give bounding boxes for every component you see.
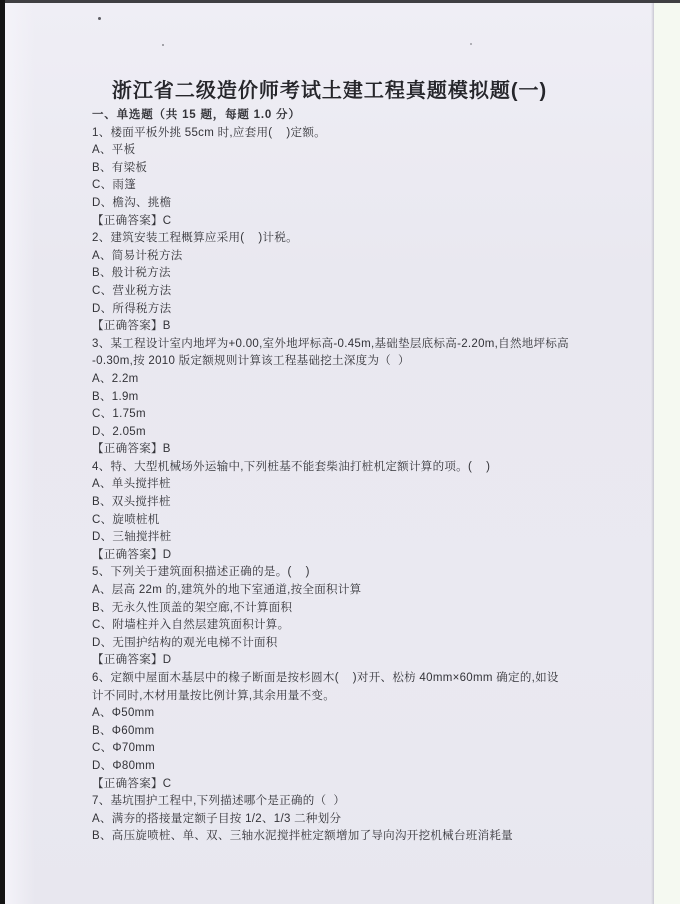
question-text: 6、定额中屋面木基层中的椽子断面是按杉圆木( )对开、松枋 40mm×60mm … — [92, 670, 632, 688]
question-text: 3、某工程设计室内地坪为+0.00,室外地坪标高-0.45m,基础垫层底标高-2… — [92, 336, 632, 354]
option-b: B、1.9m — [92, 389, 632, 407]
option-d: D、所得税方法 — [92, 301, 632, 319]
question-block-5: 5、下列关于建筑面积描述正确的是。( ) A、层高 22m 的,建筑外的地下室通… — [92, 564, 632, 670]
exam-paper-sheet: 浙江省二级造价师考试土建工程真题模拟题(一) 一、单选题（共 15 题，每题 1… — [5, 3, 654, 904]
answer-line: 【正确答案】D — [92, 547, 632, 565]
scan-top-border — [0, 0, 680, 3]
answer-line: 【正确答案】C — [92, 776, 632, 794]
option-d: D、无围护结构的观光电梯不计面积 — [92, 635, 632, 653]
question-block-6: 6、定额中屋面木基层中的椽子断面是按杉圆木( )对开、松枋 40mm×60mm … — [92, 670, 632, 793]
scanned-document-page: { "page": { "title": "浙江省二级造价师考试土建工程真题模拟… — [0, 0, 680, 904]
option-c: C、营业税方法 — [92, 283, 632, 301]
question-block-2: 2、建筑安装工程概算应采用( )计税。 A、简易计税方法 B、般计税方法 C、营… — [92, 230, 632, 336]
question-text-continued: -0.30m,按 2010 版定额规则计算该工程基础挖土深度为（ ） — [92, 353, 632, 371]
option-b: B、高压旋喷桩、单、双、三轴水泥搅拌桩定额增加了导向沟开挖机械台班消耗量 — [92, 828, 632, 846]
question-text: 7、基坑围护工程中,下列描述哪个是正确的（ ） — [92, 793, 632, 811]
option-a: A、单头搅拌桩 — [92, 476, 632, 494]
option-c: C、附墙柱并入自然层建筑面积计算。 — [92, 617, 632, 635]
question-text-continued: 计不同时,木材用量按比例计算,其余用量不变。 — [92, 688, 632, 706]
option-b: B、有梁板 — [92, 160, 632, 178]
answer-line: 【正确答案】B — [92, 318, 632, 336]
option-c: C、Φ70mm — [92, 740, 632, 758]
page-title: 浙江省二级造价师考试土建工程真题模拟题(一) — [5, 74, 654, 103]
answer-line: 【正确答案】C — [92, 213, 632, 231]
option-d: D、2.05m — [92, 424, 632, 442]
question-block-4: 4、特、大型机械场外运输中,下列桩基不能套柴油打桩机定额计算的项。( ) A、单… — [92, 459, 632, 565]
option-b: B、无永久性顶盖的架空廊,不计算面积 — [92, 600, 632, 618]
option-a: A、2.2m — [92, 371, 632, 389]
option-b: B、Φ60mm — [92, 723, 632, 741]
question-text: 1、楼面平板外挑 55cm 时,应套用( )定额。 — [92, 125, 632, 143]
question-text: 5、下列关于建筑面积描述正确的是。( ) — [92, 564, 632, 582]
question-block-1: 1、楼面平板外挑 55cm 时,应套用( )定额。 A、平板 B、有梁板 C、雨… — [92, 125, 632, 231]
option-c: C、1.75m — [92, 406, 632, 424]
dust-speck — [470, 43, 472, 45]
option-a: A、满夯的搭接量定额子目按 1/2、1/3 二种划分 — [92, 811, 632, 829]
option-d: D、檐沟、挑檐 — [92, 195, 632, 213]
answer-line: 【正确答案】D — [92, 652, 632, 670]
scan-left-border — [0, 0, 5, 904]
option-b: B、般计税方法 — [92, 265, 632, 283]
option-c: C、旋喷桩机 — [92, 512, 632, 530]
question-block-7: 7、基坑围护工程中,下列描述哪个是正确的（ ） A、满夯的搭接量定额子目按 1/… — [92, 793, 632, 846]
question-text: 4、特、大型机械场外运输中,下列桩基不能套柴油打桩机定额计算的项。( ) — [92, 459, 632, 477]
option-a: A、Φ50mm — [92, 705, 632, 723]
exam-content: 一、单选题（共 15 题，每题 1.0 分） 1、楼面平板外挑 55cm 时,应… — [92, 107, 632, 846]
question-text: 2、建筑安装工程概算应采用( )计税。 — [92, 230, 632, 248]
option-a: A、简易计税方法 — [92, 248, 632, 266]
answer-line: 【正确答案】B — [92, 441, 632, 459]
option-d: D、Φ80mm — [92, 758, 632, 776]
dust-speck — [98, 17, 101, 20]
question-block-3: 3、某工程设计室内地坪为+0.00,室外地坪标高-0.45m,基础垫层底标高-2… — [92, 336, 632, 459]
option-a: A、层高 22m 的,建筑外的地下室通道,按全面积计算 — [92, 582, 632, 600]
option-a: A、平板 — [92, 142, 632, 160]
option-c: C、雨篷 — [92, 177, 632, 195]
section-header: 一、单选题（共 15 题，每题 1.0 分） — [92, 107, 632, 125]
option-b: B、双头搅拌桩 — [92, 494, 632, 512]
option-d: D、三轴搅拌桩 — [92, 529, 632, 547]
dust-speck — [162, 44, 164, 46]
